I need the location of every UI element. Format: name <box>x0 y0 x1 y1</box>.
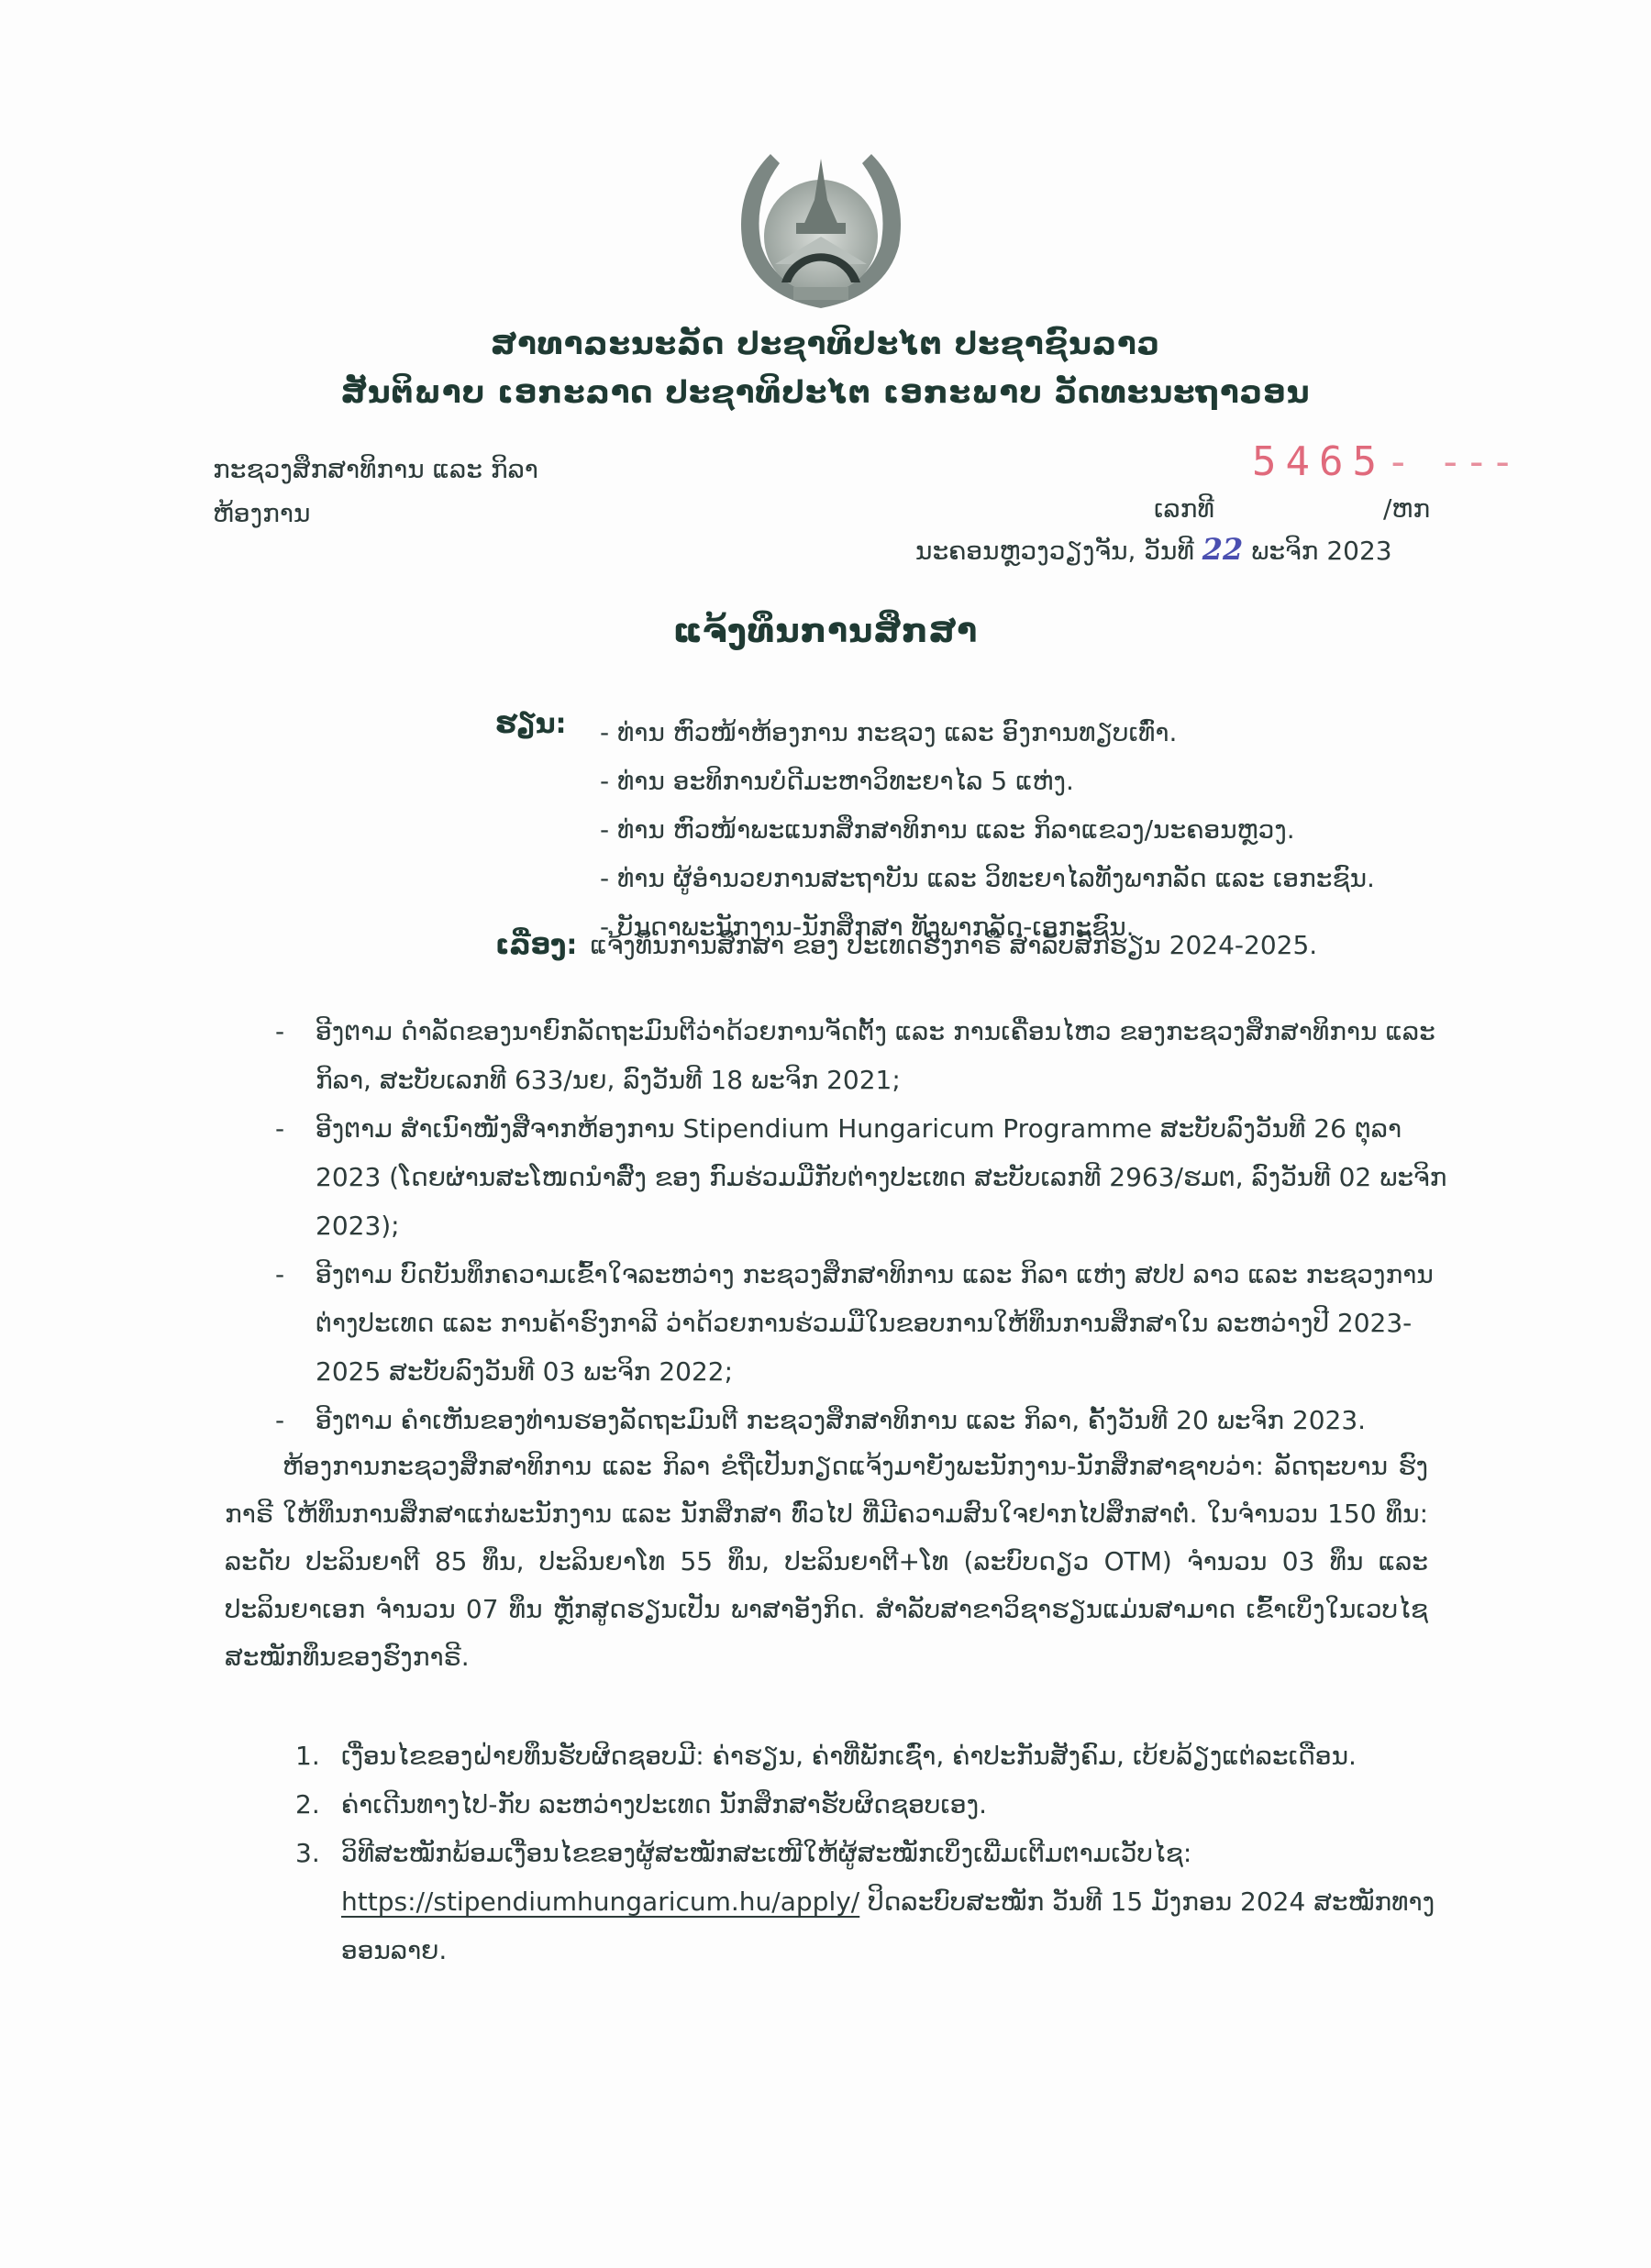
sender-ministry: ກະຊວງສຶກສາທິການ ແລະ ກິລາ <box>213 454 538 484</box>
application-website-link[interactable]: https://stipendiumhungaricum.hu/apply/ <box>341 1886 859 1917</box>
recipient-item: - ທ່ານ ອະທິການບໍດີມະຫາວິທະຍາໄລ 5 ແຫ່ງ. <box>600 757 1375 805</box>
country-name-header: ສາທາລະນະລັດ ປະຊາທິປະໄຕ ປະຊາຊົນລາວ <box>0 326 1651 362</box>
condition-item: 3.ວິທີສະໝັກພ້ອມເງື່ອນໄຂຂອງຜູ້ສະໝັກສະເໜີໃ… <box>295 1829 1451 1975</box>
stamp-number: 5465 <box>1252 438 1386 485</box>
sender-office: ຫ້ອງການ <box>213 498 310 528</box>
subject-line: ເລື່ອງ:ແຈ້ງທຶນການສຶກສາ ຂອງ ປະເທດຮົງກາຣີ … <box>495 929 1317 961</box>
legal-references-list: -ອີງຕາມ ດຳລັດຂອງນາຍົກລັດຖະມົນຕີວ່າດ້ວຍກາ… <box>275 1007 1468 1444</box>
place-date-line: ນະຄອນຫຼວງວຽງຈັນ, ວັນທີ 22 ພະຈິກ 2023 <box>915 532 1392 567</box>
subject-label: ເລື່ອງ: <box>495 929 577 961</box>
condition-item: 1.ເງື່ອນໄຂຂອງຝ່າຍທຶນຮັບຜິດຊອບມີ: ຄ່າຮຽນ,… <box>295 1731 1451 1780</box>
document-title: ແຈ້ງທຶນການສຶກສາ <box>0 613 1651 650</box>
reference-number-suffix: /ຫກ <box>1383 493 1430 524</box>
recipients-list: - ທ່ານ ຫົວໜ້າຫ້ອງການ ກະຊວງ ແລະ ອົງການທຽບ… <box>600 708 1375 951</box>
recipient-item: - ທ່ານ ຫົວໜ້າພະແນກສຶກສາທິການ ແລະ ກິລາແຂວ… <box>600 805 1375 854</box>
place-date-prefix: ນະຄອນຫຼວງວຽງຈັນ, ວັນທີ <box>915 536 1194 566</box>
legal-reference-item: -ອີງຕາມ ບົດບັນທຶກຄວາມເຂົ້າໃຈລະຫວ່າງ ກະຊວ… <box>275 1250 1468 1396</box>
recipient-item: - ທ່ານ ຜູ້ອຳນວຍການສະຖາບັນ ແລະ ວິທະຍາໄລທັ… <box>600 854 1375 902</box>
recipient-item: - ທ່ານ ຫົວໜ້າຫ້ອງການ ກະຊວງ ແລະ ອົງການທຽບ… <box>600 708 1375 757</box>
body-paragraph: ຫ້ອງການກະຊວງສຶກສາທິການ ແລະ ກິລາ ຂໍຖືເປັນ… <box>225 1443 1428 1681</box>
legal-reference-item: -ອີງຕາມ ສຳເນົາໜັງສືຈາກຫ້ອງການ Stipendium… <box>275 1104 1468 1250</box>
lao-national-emblem <box>725 136 917 319</box>
recipients-label: ຮຽນ: <box>495 708 567 740</box>
handwritten-day: 22 <box>1202 532 1244 567</box>
conditions-list: 1.ເງື່ອນໄຂຂອງຝ່າຍທຶນຮັບຜິດຊອບມີ: ຄ່າຮຽນ,… <box>295 1731 1451 1975</box>
stamp-suffix: - --- <box>1386 438 1516 485</box>
month-year: ພະຈິກ 2023 <box>1251 536 1391 566</box>
legal-reference-item: -ອີງຕາມ ດຳລັດຂອງນາຍົກລັດຖະມົນຕີວ່າດ້ວຍກາ… <box>275 1007 1468 1104</box>
legal-reference-item: -ອີງຕາມ ຄຳເຫັນຂອງທ່ານຮອງລັດຖະມົນຕີ ກະຊວງ… <box>275 1396 1468 1444</box>
condition-item: 2.ຄ່າເດີນທາງໄປ-ກັບ ລະຫວ່າງປະເທດ ນັກສຶກສາ… <box>295 1780 1451 1829</box>
subject-text: ແຈ້ງທຶນການສຶກສາ ຂອງ ປະເທດຮົງກາຣີ ສຳລັບສົ… <box>590 930 1317 960</box>
reference-number-stamp: 5465- --- <box>1252 438 1516 485</box>
reference-number-label: ເລກທີ <box>1154 493 1214 524</box>
national-motto-header: ສັນຕິພາບ ເອກະລາດ ປະຊາທິປະໄຕ ເອກະພາບ ວັດທ… <box>0 374 1651 411</box>
